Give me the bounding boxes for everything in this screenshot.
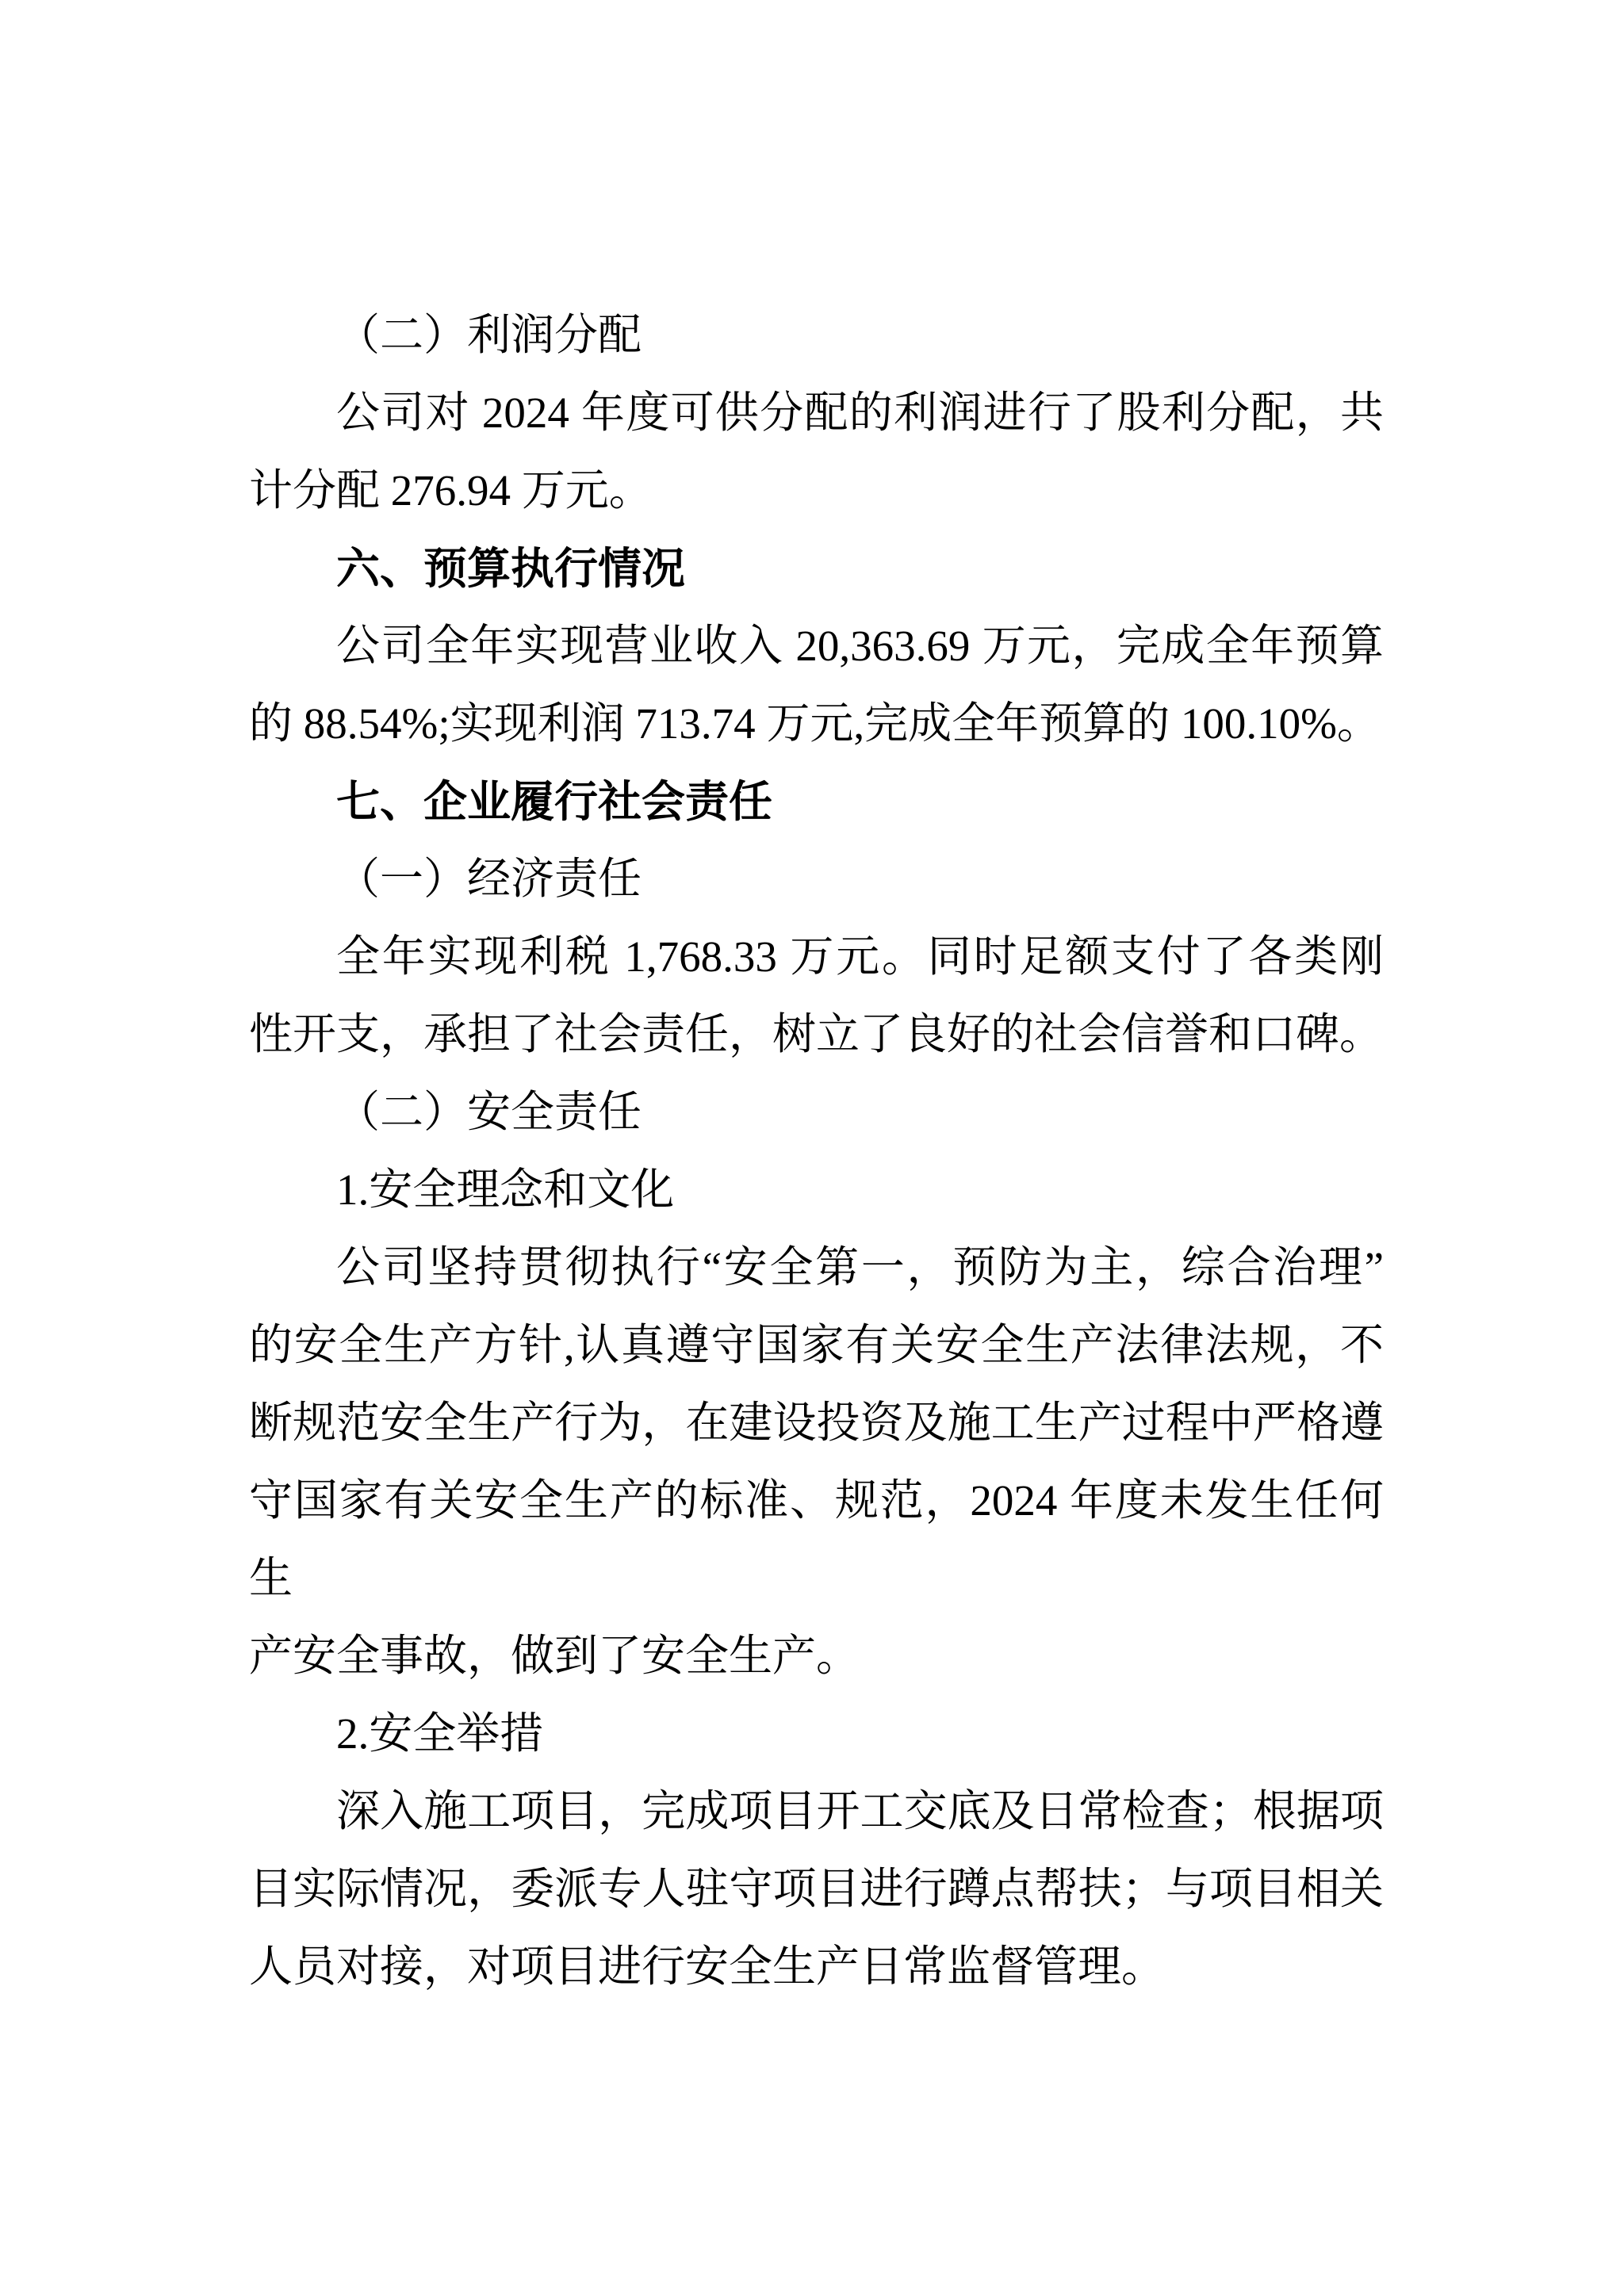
paragraph-line: 守国家有关安全生产的标准、规范，2024 年度未发生任何生 <box>249 1462 1384 1617</box>
paragraph-line: 目实际情况，委派专人驻守项目进行蹲点帮扶；与项目相关 <box>249 1850 1384 1928</box>
paragraph-line: 全年实现利税 1,768.33 万元。同时足额支付了各类刚 <box>249 918 1384 996</box>
subsection-heading-profit-distribution: （二）利润分配 <box>249 297 1384 374</box>
paragraph-line: 深入施工项目，完成项目开工交底及日常检查；根据项 <box>249 1773 1384 1850</box>
subsection-heading-safety-measures: 2.安全举措 <box>249 1695 1384 1773</box>
paragraph-line: 断规范安全生产行为，在建设投资及施工生产过程中严格遵 <box>249 1384 1384 1462</box>
paragraph-line: 性开支，承担了社会责任，树立了良好的社会信誉和口碑。 <box>249 996 1384 1073</box>
paragraph-line: 的 88.54%;实现利润 713.74 万元,完成全年预算的 100.10%。 <box>249 685 1384 763</box>
section-heading-social-responsibility: 七、企业履行社会责任 <box>249 763 1384 840</box>
subsection-heading-economic: （一）经济责任 <box>249 840 1384 918</box>
subsection-heading-safety: （二）安全责任 <box>249 1073 1384 1151</box>
paragraph-line: 计分配 276.94 万元。 <box>249 452 1384 530</box>
paragraph-line: 公司对 2024 年度可供分配的利润进行了股利分配，共 <box>249 374 1384 452</box>
document-page: （二）利润分配 公司对 2024 年度可供分配的利润进行了股利分配，共 计分配 … <box>0 0 1624 2296</box>
subsection-heading-safety-concept: 1.安全理念和文化 <box>249 1151 1384 1229</box>
paragraph-line: 公司全年实现营业收入 20,363.69 万元，完成全年预算 <box>249 607 1384 685</box>
section-heading-budget-execution: 六、预算执行情况 <box>249 530 1384 607</box>
paragraph-line: 人员对接，对项目进行安全生产日常监督管理。 <box>249 1928 1384 2006</box>
paragraph-line: 产安全事故，做到了安全生产。 <box>249 1617 1384 1695</box>
paragraph-line: 的安全生产方针,认真遵守国家有关安全生产法律法规，不 <box>249 1307 1384 1384</box>
paragraph-line: 公司坚持贯彻执行“安全第一，预防为主，综合治理” <box>249 1229 1384 1307</box>
